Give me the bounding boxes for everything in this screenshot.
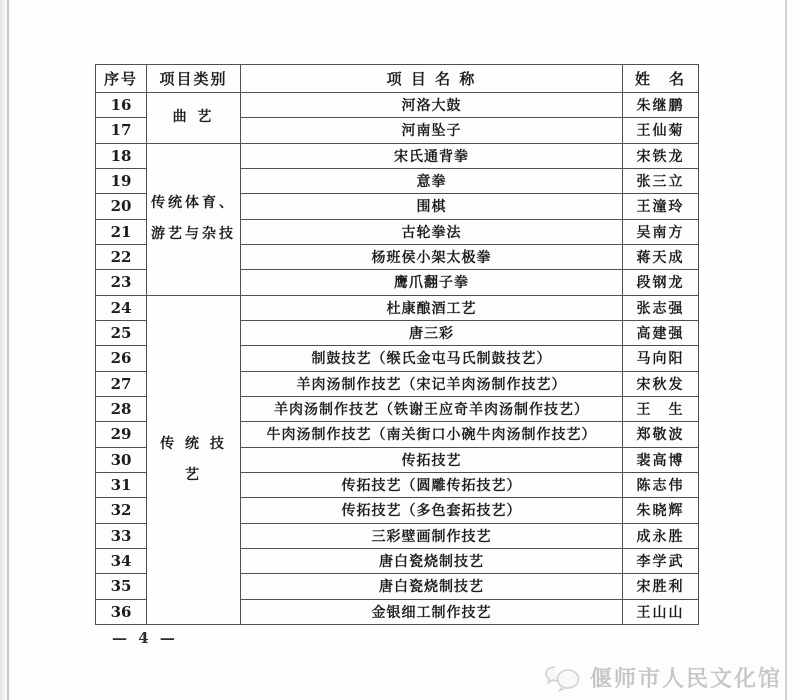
table-row: 18传统体育、 游艺与杂技宋氏通背拳宋铁龙 <box>96 143 699 168</box>
heritage-table-body: 16曲 艺河洛大鼓朱继鹏17河南坠子王仙菊18传统体育、 游艺与杂技宋氏通背拳宋… <box>96 93 699 625</box>
person-name-cell: 吴南方 <box>623 219 699 244</box>
watermark-text: 偃师市人民文化馆 <box>590 662 782 693</box>
person-name-cell: 宋秋发 <box>623 371 699 396</box>
table-row: 24传 统 技 艺杜康酿酒工艺张志强 <box>96 295 699 320</box>
person-name-cell: 马向阳 <box>623 346 699 371</box>
row-number-cell: 22 <box>96 244 147 269</box>
project-name-cell: 传拓技艺 <box>241 447 623 472</box>
project-name-cell: 古轮拳法 <box>241 219 623 244</box>
row-number-cell: 18 <box>96 143 147 168</box>
person-name-cell: 裴高博 <box>623 447 699 472</box>
row-number-cell: 21 <box>96 219 147 244</box>
project-name-cell: 唐白瓷烧制技艺 <box>241 574 623 599</box>
project-name-cell: 牛肉汤制作技艺（南关街口小碗牛肉汤制作技艺） <box>241 422 623 447</box>
person-name-cell: 宋铁龙 <box>623 143 699 168</box>
row-number-cell: 33 <box>96 523 147 548</box>
row-number-cell: 28 <box>96 396 147 421</box>
person-name-cell: 王 生 <box>623 396 699 421</box>
project-name-cell: 唐白瓷烧制技艺 <box>241 548 623 573</box>
project-name-cell: 制鼓技艺（缑氏金屯马氏制鼓技艺） <box>241 346 623 371</box>
header-no: 序号 <box>96 65 147 93</box>
project-name-cell: 围棋 <box>241 194 623 219</box>
project-name-cell: 河南坠子 <box>241 118 623 143</box>
header-name: 姓 名 <box>623 65 699 93</box>
project-name-cell: 三彩壁画制作技艺 <box>241 523 623 548</box>
header-category: 项目类别 <box>147 65 241 93</box>
project-name-cell: 羊肉汤制作技艺（铁谢王应奇羊肉汤制作技艺） <box>241 396 623 421</box>
person-name-cell: 高建强 <box>623 320 699 345</box>
row-number-cell: 30 <box>96 447 147 472</box>
person-name-cell: 蒋天成 <box>623 244 699 269</box>
category-cell: 传 统 技 艺 <box>147 295 241 624</box>
row-number-cell: 35 <box>96 574 147 599</box>
row-number-cell: 29 <box>96 422 147 447</box>
watermark: 偃师市人民文化馆 <box>544 662 782 693</box>
project-name-cell: 传拓技艺（圆雕传拓技艺） <box>241 472 623 497</box>
project-name-cell: 杨班侯小架太极拳 <box>241 244 623 269</box>
person-name-cell: 陈志伟 <box>623 472 699 497</box>
header-project: 项 目 名 称 <box>241 65 623 93</box>
row-number-cell: 24 <box>96 295 147 320</box>
project-name-cell: 唐三彩 <box>241 320 623 345</box>
project-name-cell: 传拓技艺（多色套拓技艺） <box>241 498 623 523</box>
person-name-cell: 朱继鹏 <box>623 93 699 118</box>
table-header-row: 序号 项目类别 项 目 名 称 姓 名 <box>96 65 699 93</box>
heritage-table: 序号 项目类别 项 目 名 称 姓 名 16曲 艺河洛大鼓朱继鹏17河南坠子王仙… <box>95 64 699 625</box>
row-number-cell: 23 <box>96 270 147 295</box>
person-name-cell: 宋胜利 <box>623 574 699 599</box>
row-number-cell: 32 <box>96 498 147 523</box>
page-left-shade <box>0 0 7 700</box>
project-name-cell: 宋氏通背拳 <box>241 143 623 168</box>
project-name-cell: 羊肉汤制作技艺（宋记羊肉汤制作技艺） <box>241 371 623 396</box>
row-number-cell: 25 <box>96 320 147 345</box>
row-number-cell: 34 <box>96 548 147 573</box>
project-name-cell: 金银细工制作技艺 <box>241 599 623 624</box>
row-number-cell: 26 <box>96 346 147 371</box>
page-right-edge-line <box>785 0 787 700</box>
row-number-cell: 17 <box>96 118 147 143</box>
person-name-cell: 张三立 <box>623 168 699 193</box>
project-name-cell: 河洛大鼓 <box>241 93 623 118</box>
person-name-cell: 郑敬波 <box>623 422 699 447</box>
row-number-cell: 31 <box>96 472 147 497</box>
person-name-cell: 段钢龙 <box>623 270 699 295</box>
person-name-cell: 朱晓辉 <box>623 498 699 523</box>
person-name-cell: 张志强 <box>623 295 699 320</box>
table-row: 16曲 艺河洛大鼓朱继鹏 <box>96 93 699 118</box>
row-number-cell: 27 <box>96 371 147 396</box>
row-number-cell: 16 <box>96 93 147 118</box>
person-name-cell: 王仙菊 <box>623 118 699 143</box>
person-name-cell: 王潼玲 <box>623 194 699 219</box>
row-number-cell: 19 <box>96 168 147 193</box>
category-cell: 传统体育、 游艺与杂技 <box>147 143 241 295</box>
project-name-cell: 意拳 <box>241 168 623 193</box>
row-number-cell: 36 <box>96 599 147 624</box>
person-name-cell: 王山山 <box>623 599 699 624</box>
person-name-cell: 成永胜 <box>623 523 699 548</box>
person-name-cell: 李学武 <box>623 548 699 573</box>
category-cell: 曲 艺 <box>147 93 241 144</box>
page-number: — 4 — <box>112 629 178 647</box>
project-name-cell: 杜康酿酒工艺 <box>241 295 623 320</box>
project-name-cell: 鹰爪翻子拳 <box>241 270 623 295</box>
row-number-cell: 20 <box>96 194 147 219</box>
culture-center-logo-icon <box>544 664 584 692</box>
page-left-edge-line <box>7 0 9 700</box>
